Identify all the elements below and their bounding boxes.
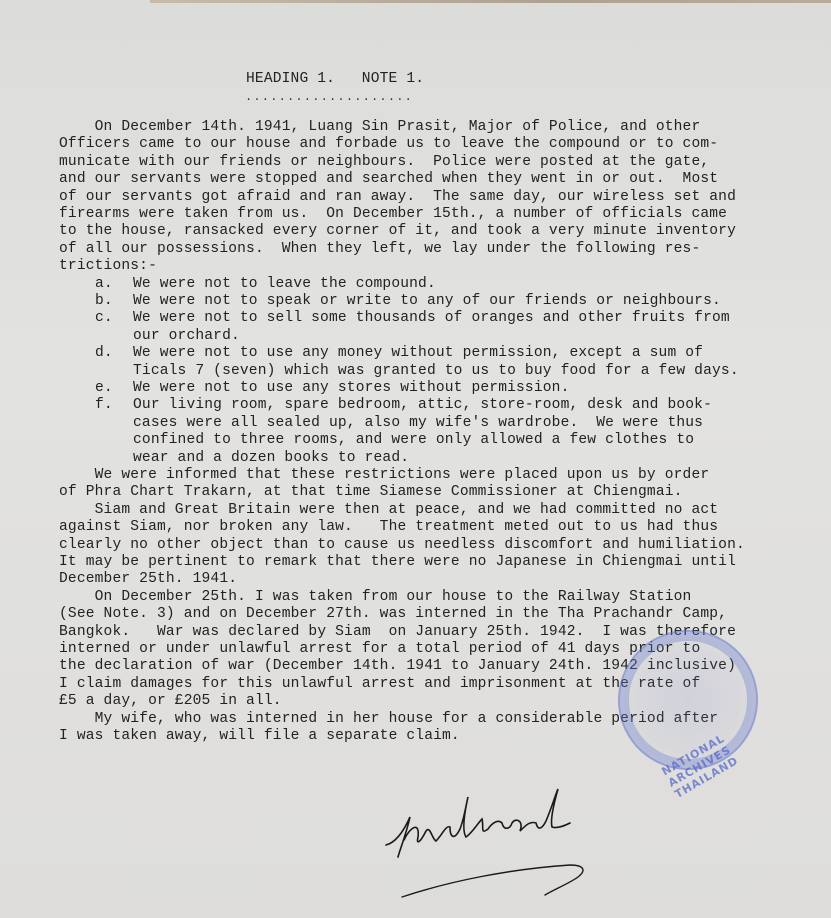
paragraph-line: Officers came to our house and forbade u… [59,135,718,153]
restriction-line: Ticals 7 (seven) which was granted to us… [133,362,739,380]
restriction-marker: d. [95,344,113,362]
paragraph-line: Siam and Great Britain were then at peac… [59,501,718,519]
paragraph-line: of Phra Chart Trakarn, at that time Siam… [59,483,683,501]
restriction-line: our orchard. [133,327,240,345]
restriction-marker: f. [95,396,113,414]
stamp-text: NATIONAL ARCHIVES THAILAND [659,716,767,801]
restriction-line: We were not to leave the compound. [133,275,436,293]
restriction-marker: c. [95,309,113,327]
paragraph-line: On December 25th. I was taken from our h… [59,588,691,606]
restriction-line: cases were all sealed up, also my wife's… [133,414,703,432]
paragraph-line: municate with our friends or neighbours.… [59,153,709,171]
restriction-line: wear and a dozen books to read. [133,449,409,467]
restriction-marker: b. [95,292,113,310]
paragraph-line: (See Note. 3) and on December 27th. was … [59,605,727,623]
paragraph-line: I was taken away, will file a separate c… [59,727,460,745]
restriction-marker: e. [95,379,113,397]
restriction-line: We were not to speak or write to any of … [133,292,721,310]
paragraph-line: of our servants got afraid and ran away.… [59,188,736,206]
paragraph-line: December 25th. 1941. [59,570,237,588]
paragraph-line: Bangkok. War was declared by Siam on Jan… [59,623,736,641]
restriction-line: Our living room, spare bedroom, attic, s… [133,396,712,414]
document-heading: HEADING 1. NOTE 1. [246,70,424,88]
paragraph-line: interned or under unlawful arrest for a … [59,640,700,658]
paragraph-line: to the house, ransacked every corner of … [59,222,736,240]
paragraph-line: trictions:- [59,257,157,275]
paragraph-line: firearms were taken from us. On December… [59,205,727,223]
restriction-marker: a. [95,275,113,293]
paragraph-line: and our servants were stopped and search… [59,170,718,188]
paragraph-line: of all our possessions. When they left, … [59,240,700,258]
paragraph-line: clearly no other object than to cause us… [59,536,745,554]
paragraph-line: We were informed that these restrictions… [59,466,709,484]
paragraph-line: £5 a day, or £205 in all. [59,692,282,710]
paragraph-line: On December 14th. 1941, Luang Sin Prasit… [59,118,700,136]
typewritten-page: HEADING 1. NOTE 1. .................... … [0,0,831,918]
restriction-line: confined to three rooms, and were only a… [133,431,694,449]
heading-dotted-rule: .................... [245,88,413,106]
paragraph-line: against Siam, nor broken any law. The tr… [59,518,718,536]
paragraph-line: It may be pertinent to remark that there… [59,553,736,571]
handwritten-signature [380,785,640,910]
restriction-line: We were not to use any stores without pe… [133,379,569,397]
restriction-line: We were not to sell some thousands of or… [133,309,730,327]
paragraph-line: I claim damages for this unlawful arrest… [59,675,700,693]
restriction-line: We were not to use any money without per… [133,344,703,362]
